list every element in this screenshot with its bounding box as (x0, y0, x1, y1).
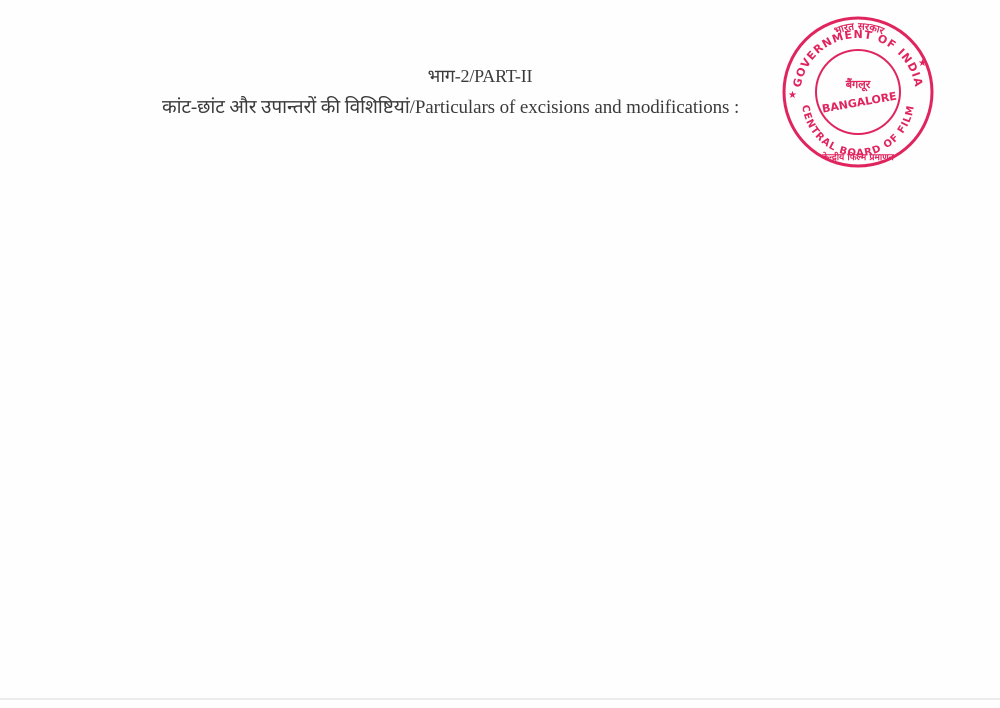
page-edge (0, 698, 1000, 700)
stamp-ring-bottom: CENTRAL BOARD OF FILM (799, 104, 917, 159)
svg-text:CENTRAL BOARD OF FILM: CENTRAL BOARD OF FILM (799, 104, 917, 159)
stamp-center-english: BANGALORE (821, 90, 898, 116)
star-icon: ★ (918, 58, 927, 69)
cbfc-stamp: भारत सरकार GOVERNMENT OF INDIA CENTRAL B… (780, 14, 936, 170)
star-icon: ★ (788, 90, 797, 101)
stamp-hindi-bottom: केन्द्रीय फिल्म प्रमाणन (821, 151, 895, 163)
section-title: कांट-छांट और उपान्तरों की विशिष्टियां/Pa… (162, 93, 739, 119)
stamp-center-hindi: बैंगलूर (845, 77, 871, 92)
